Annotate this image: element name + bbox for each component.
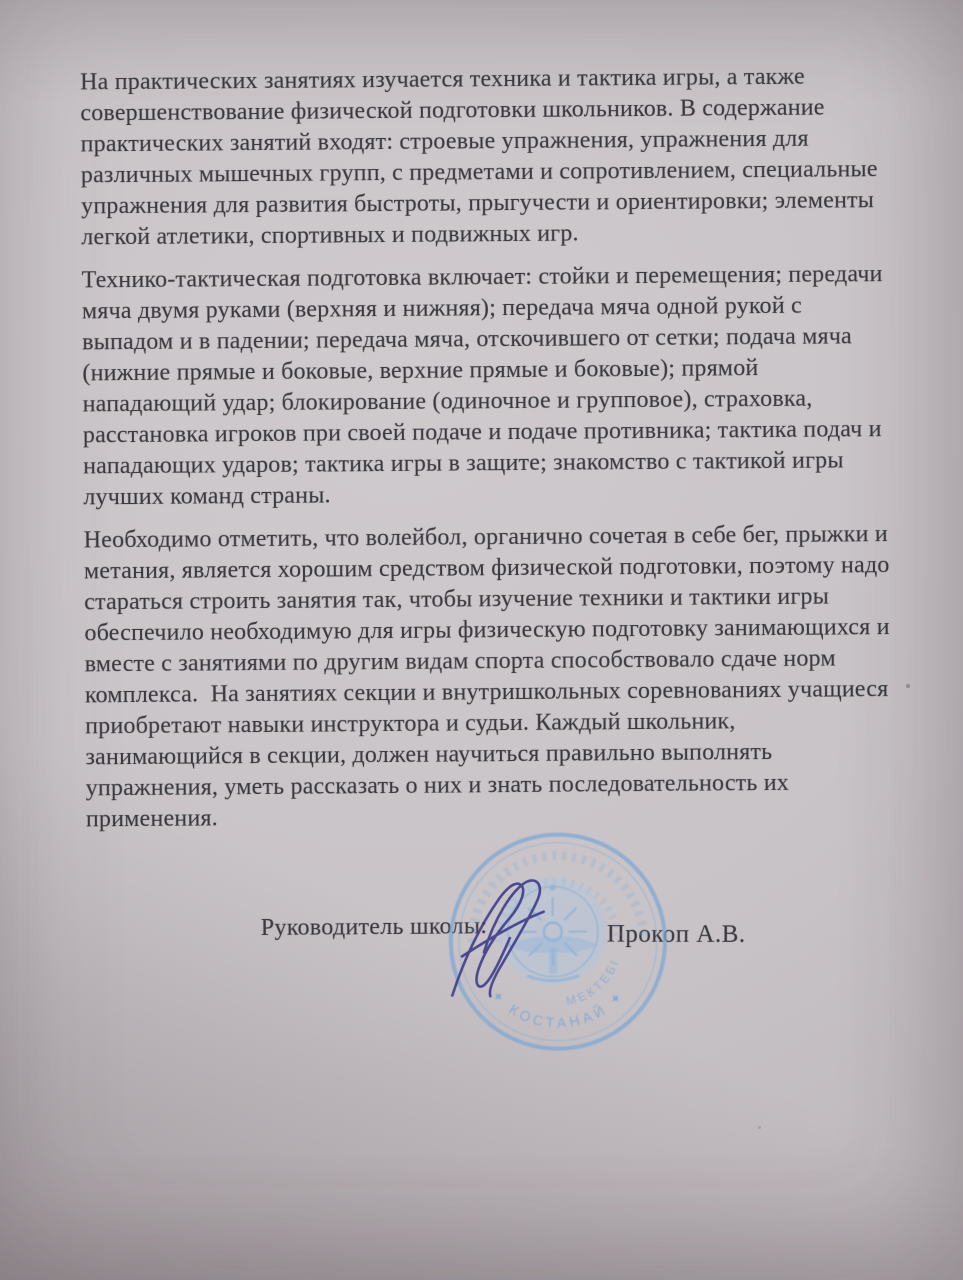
dust-speck [906, 684, 910, 688]
paragraph: Технико-тактическая подготовка включает:… [82, 259, 946, 514]
paragraph: Необходимо отметить, что волейбол, орган… [84, 519, 948, 836]
paragraph: На практических занятиях изучается техни… [80, 61, 943, 254]
page-text-block: На практических занятиях изучается техни… [80, 61, 951, 1228]
dust-speck [758, 1126, 761, 1129]
document-photo: На практических занятиях изучается техни… [0, 0, 963, 1280]
signature-icon [431, 860, 572, 1011]
